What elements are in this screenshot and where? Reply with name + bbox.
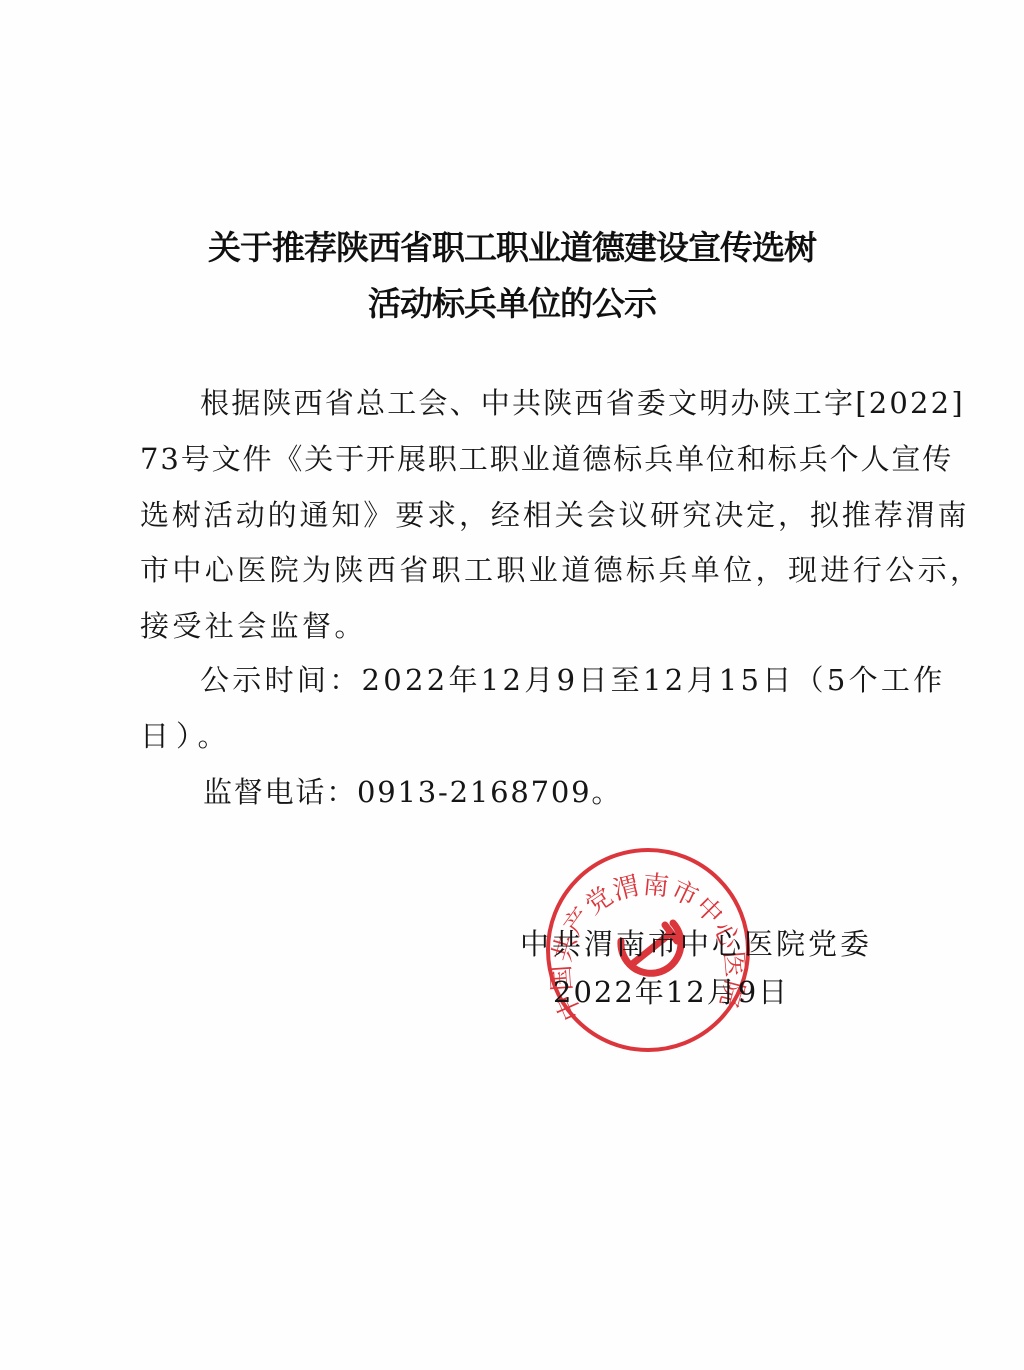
body-paragraph-line-2: 73号文件《关于开展职工职业道德标兵单位和标兵个人宣传	[140, 437, 953, 478]
document-title-line-1: 关于推荐陕西省职工职业道德建设宣传选树	[0, 222, 1024, 269]
supervision-phone: 监督电话：0913-2168709。	[203, 770, 622, 811]
document-page: 关于推荐陕西省职工职业道德建设宣传选树 活动标兵单位的公示 根据陕西省总工会、中…	[0, 0, 1024, 1370]
notice-period-line-2: 日）。	[140, 714, 234, 755]
document-title-line-2: 活动标兵单位的公示	[0, 278, 1024, 325]
signing-organization: 中共渭南市中心医院党委	[520, 922, 872, 963]
body-paragraph-line-1: 根据陕西省总工会、中共陕西省委文明办陕工字[2022]	[200, 381, 965, 422]
body-paragraph-line-4: 市中心医院为陕西省职工职业道德标兵单位，现进行公示，	[140, 548, 982, 589]
signing-date: 2022年12月9日	[553, 970, 789, 1011]
body-paragraph-line-5: 接受社会监督。	[140, 604, 367, 645]
notice-period-line-1: 公示时间：2022年12月9日至12月15日（5个工作	[200, 658, 946, 699]
body-paragraph-line-3: 选树活动的通知》要求，经相关会议研究决定，拟推荐渭南	[140, 493, 969, 534]
